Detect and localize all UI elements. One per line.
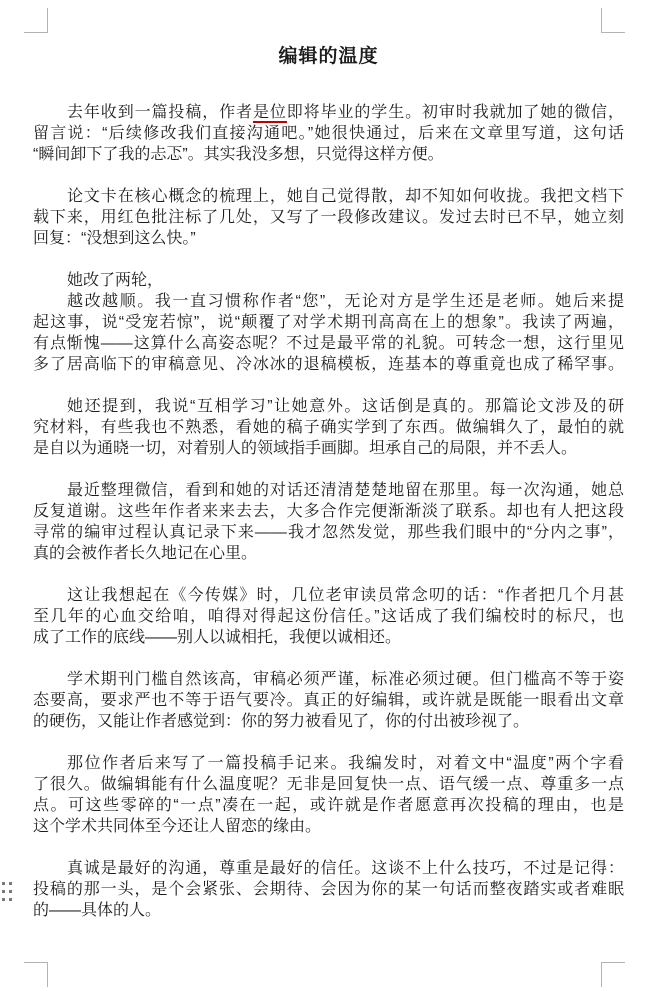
text-segment: 反复道谢。这些年作者来来去去，大多合作完便渐渐淡了联系。却也有人把这段 (33, 503, 624, 520)
text-line: 的——具体的人。 (33, 900, 624, 921)
text-segment: 最近整理微信，看到和她的对话还清清楚楚地留在那里。每一次沟通，她总 (67, 482, 624, 499)
text-line: 投稿的那一头，是个会紧张、会期待、会因为你的某一句话而整夜踏实或者难眠 (33, 879, 624, 900)
text-segment: 究材料，有些我也不熟悉，看她的稿子确实学到了东西。做编辑久了，最怕的就 (33, 419, 624, 436)
crop-mark-top-right (601, 8, 625, 33)
text-line: 留言说：“后续修改我们直接沟通吧。”她很快通过，后来在文章里写道，这句话 (33, 123, 624, 144)
crop-mark-bottom-right (601, 962, 625, 987)
paragraph: 这让我想起在《今传媒》时，几位老审读员常念叨的话：“作者把几个月甚至几年的心血交… (33, 585, 624, 648)
text-line: 这个学术共同体至今还让人留恋的缘由。 (33, 816, 624, 837)
text-line: 真诚是最好的沟通，尊重是最好的信任。这谈不上什么技巧，不过是记得： (33, 858, 624, 879)
text-segment: 载下来，用红色批注标了几处，又写了一段修改建议。发过去时已不早，她立刻 (33, 209, 624, 226)
text-line: 回复：“没想到这么快。” (33, 228, 624, 249)
text-segment: 这个学术共同体至今还让人留恋的缘由。 (33, 818, 321, 835)
text-line: 寻常的编审过程认真记录下来——我才忽然发觉，那些我们眼中的“分内之事”， (33, 522, 624, 543)
text-line: “瞬间卸下了我的忐忑”。其实我没多想，只觉得这样方便。 (33, 144, 624, 165)
paragraph: 那位作者后来写了一篇投稿手记来。我编发时，对着文中“温度”两个字看了很久。做编辑… (33, 753, 624, 837)
text-segment: 寻常的编审过程认真记录下来——我才忽然发觉，那些我们眼中的“分内之事”， (33, 524, 624, 541)
text-segment: 真诚是最好的沟通，尊重是最好的信任。这谈不上什么技巧，不过是记得： (67, 860, 624, 877)
text-segment: 至几年的心血交给咱，咱得对得起这份信任。”这话成了我们编校时的标尺，也 (33, 608, 624, 625)
text-line: 她还提到，我说“互相学习”让她意外。这话倒是真的。那篇论文涉及的研 (33, 396, 624, 417)
text-segment: 了很久。做编辑能有什么温度呢？无非是回复快一点、语气缓一点、尊重多一点 (33, 776, 624, 793)
text-segment: 成了工作的底线——别人以诚相托，我便以诚相还。 (33, 629, 401, 646)
document-page: 编辑的温度 去年收到一篇投稿，作者是位即将毕业的学生。初审时我就加了她的微信，留… (33, 41, 624, 921)
text-segment: 的硬伤，又能让作者感觉到：你的努力被看见了，你的付出被珍视了。 (33, 713, 529, 730)
document-title: 编辑的温度 (33, 41, 624, 68)
text-line: 学术期刊门槛自然该高，审稿必须严谨，标准必须过硬。但门槛高不等于姿 (33, 669, 624, 690)
paragraph: 她改了两轮， (33, 270, 624, 291)
text-line: 越改越顺。我一直习惯称作者“您”，无论对方是学生还是老师。她后来提 (33, 291, 624, 312)
text-segment: 论文卡在核心概念的梳理上，她自己觉得散，却不知如何收拢。我把文档下 (67, 188, 624, 205)
text-line: 去年收到一篇投稿，作者是位即将毕业的学生。初审时我就加了她的微信， (33, 102, 624, 123)
text-segment: 那位作者后来写了一篇投稿手记来。我编发时，对着文中“温度”两个字看 (67, 755, 624, 772)
text-segment: 点。可这些零碎的“一点”凑在一起，或许就是作者愿意再次投稿的理由，也是 (33, 797, 624, 814)
text-segment: 留言说：“后续修改我们直接沟通吧。”她很快通过，后来在文章里写道，这句话 (33, 125, 624, 142)
text-segment: 回复：“没想到这么快。” (33, 230, 196, 247)
paragraph: 论文卡在核心概念的梳理上，她自己觉得散，却不知如何收拢。我把文档下载下来，用红色… (33, 186, 624, 249)
text-line: 了很久。做编辑能有什么温度呢？无非是回复快一点、语气缓一点、尊重多一点 (33, 774, 624, 795)
text-segment: 起这事，说“受宠若惊”，说“颠覆了对学术期刊高高在上的想象”。我读了两遍， (33, 314, 624, 331)
text-line: 有点惭愧——这算什么高姿态呢？不过是最平常的礼貌。可转念一想，这行里见 (33, 333, 624, 354)
document-body[interactable]: 去年收到一篇投稿，作者是位即将毕业的学生。初审时我就加了她的微信，留言说：“后续… (33, 102, 624, 921)
text-segment: 这让我想起在《今传媒》时，几位老审读员常念叨的话：“作者把几个月甚 (67, 587, 624, 604)
crop-mark-top-left (24, 8, 48, 33)
paragraph: 学术期刊门槛自然该高，审稿必须严谨，标准必须过硬。但门槛高不等于姿态要高，要求严… (33, 669, 624, 732)
text-line: 成了工作的底线——别人以诚相托，我便以诚相还。 (33, 627, 624, 648)
text-line: 究材料，有些我也不熟悉，看她的稿子确实学到了东西。做编辑久了，最怕的就 (33, 417, 624, 438)
text-line: 的硬伤，又能让作者感觉到：你的努力被看见了，你的付出被珍视了。 (33, 711, 624, 732)
paragraph: 去年收到一篇投稿，作者是位即将毕业的学生。初审时我就加了她的微信，留言说：“后续… (33, 102, 624, 165)
text-line: 反复道谢。这些年作者来来去去，大多合作完便渐渐淡了联系。却也有人把这段 (33, 501, 624, 522)
text-segment: 学术期刊门槛自然该高，审稿必须严谨，标准必须过硬。但门槛高不等于姿 (67, 671, 624, 688)
text-line: 论文卡在核心概念的梳理上，她自己觉得散，却不知如何收拢。我把文档下 (33, 186, 624, 207)
text-segment: 真的会被作者长久地记在心里。 (33, 545, 257, 562)
crop-mark-bottom-left (24, 962, 48, 987)
paragraph: 真诚是最好的沟通，尊重是最好的信任。这谈不上什么技巧，不过是记得：投稿的那一头，… (33, 858, 624, 921)
text-segment: 她改了两轮， (67, 272, 163, 289)
paragraph: 越改越顺。我一直习惯称作者“您”，无论对方是学生还是老师。她后来提起这事，说“受… (33, 291, 624, 375)
text-segment: 去年收到一篇投稿，作者 (67, 104, 253, 121)
text-line: 她改了两轮， (33, 270, 624, 291)
text-line: 多了居高临下的审稿意见、冷冰冰的退稿模板，连基本的尊重竟也成了稀罕事。 (33, 354, 624, 375)
paragraph: 她还提到，我说“互相学习”让她意外。这话倒是真的。那篇论文涉及的研究材料，有些我… (33, 396, 624, 459)
spell-error-underline: 是位 (253, 104, 287, 123)
text-segment: “瞬间卸下了我的忐忑”。其实我没多想，只觉得这样方便。 (33, 146, 444, 163)
text-segment: 投稿的那一头，是个会紧张、会期待、会因为你的某一句话而整夜踏实或者难眠 (33, 881, 624, 898)
drag-handle-icon[interactable] (2, 882, 12, 901)
text-segment: 即将毕业的学生。初审时我就加了她的微信， (287, 104, 624, 121)
text-segment: 有点惭愧——这算什么高姿态呢？不过是最平常的礼貌。可转念一想，这行里见 (33, 335, 624, 352)
text-line: 最近整理微信，看到和她的对话还清清楚楚地留在那里。每一次沟通，她总 (33, 480, 624, 501)
text-line: 态要高，要求严也不等于语气要冷。真正的好编辑，或许就是既能一眼看出文章 (33, 690, 624, 711)
text-line: 真的会被作者长久地记在心里。 (33, 543, 624, 564)
text-line: 是自以为通晓一切，对着别人的领域指手画脚。坦承自己的局限，并不丢人。 (33, 438, 624, 459)
text-segment: 态要高，要求严也不等于语气要冷。真正的好编辑，或许就是既能一眼看出文章 (33, 692, 624, 709)
text-line: 这让我想起在《今传媒》时，几位老审读员常念叨的话：“作者把几个月甚 (33, 585, 624, 606)
paragraph: 最近整理微信，看到和她的对话还清清楚楚地留在那里。每一次沟通，她总反复道谢。这些… (33, 480, 624, 564)
text-line: 那位作者后来写了一篇投稿手记来。我编发时，对着文中“温度”两个字看 (33, 753, 624, 774)
text-line: 点。可这些零碎的“一点”凑在一起，或许就是作者愿意再次投稿的理由，也是 (33, 795, 624, 816)
text-segment: 是自以为通晓一切，对着别人的领域指手画脚。坦承自己的局限，并不丢人。 (33, 440, 577, 457)
text-segment: 多了居高临下的审稿意见、冷冰冰的退稿模板，连基本的尊重竟也成了稀罕事。 (33, 356, 624, 373)
text-segment: 越改越顺。我一直习惯称作者“您”，无论对方是学生还是老师。她后来提 (67, 293, 624, 310)
text-line: 起这事，说“受宠若惊”，说“颠覆了对学术期刊高高在上的想象”。我读了两遍， (33, 312, 624, 333)
text-line: 至几年的心血交给咱，咱得对得起这份信任。”这话成了我们编校时的标尺，也 (33, 606, 624, 627)
text-segment: 她还提到，我说“互相学习”让她意外。这话倒是真的。那篇论文涉及的研 (67, 398, 624, 415)
text-segment: 的——具体的人。 (33, 902, 161, 919)
text-line: 载下来，用红色批注标了几处，又写了一段修改建议。发过去时已不早，她立刻 (33, 207, 624, 228)
